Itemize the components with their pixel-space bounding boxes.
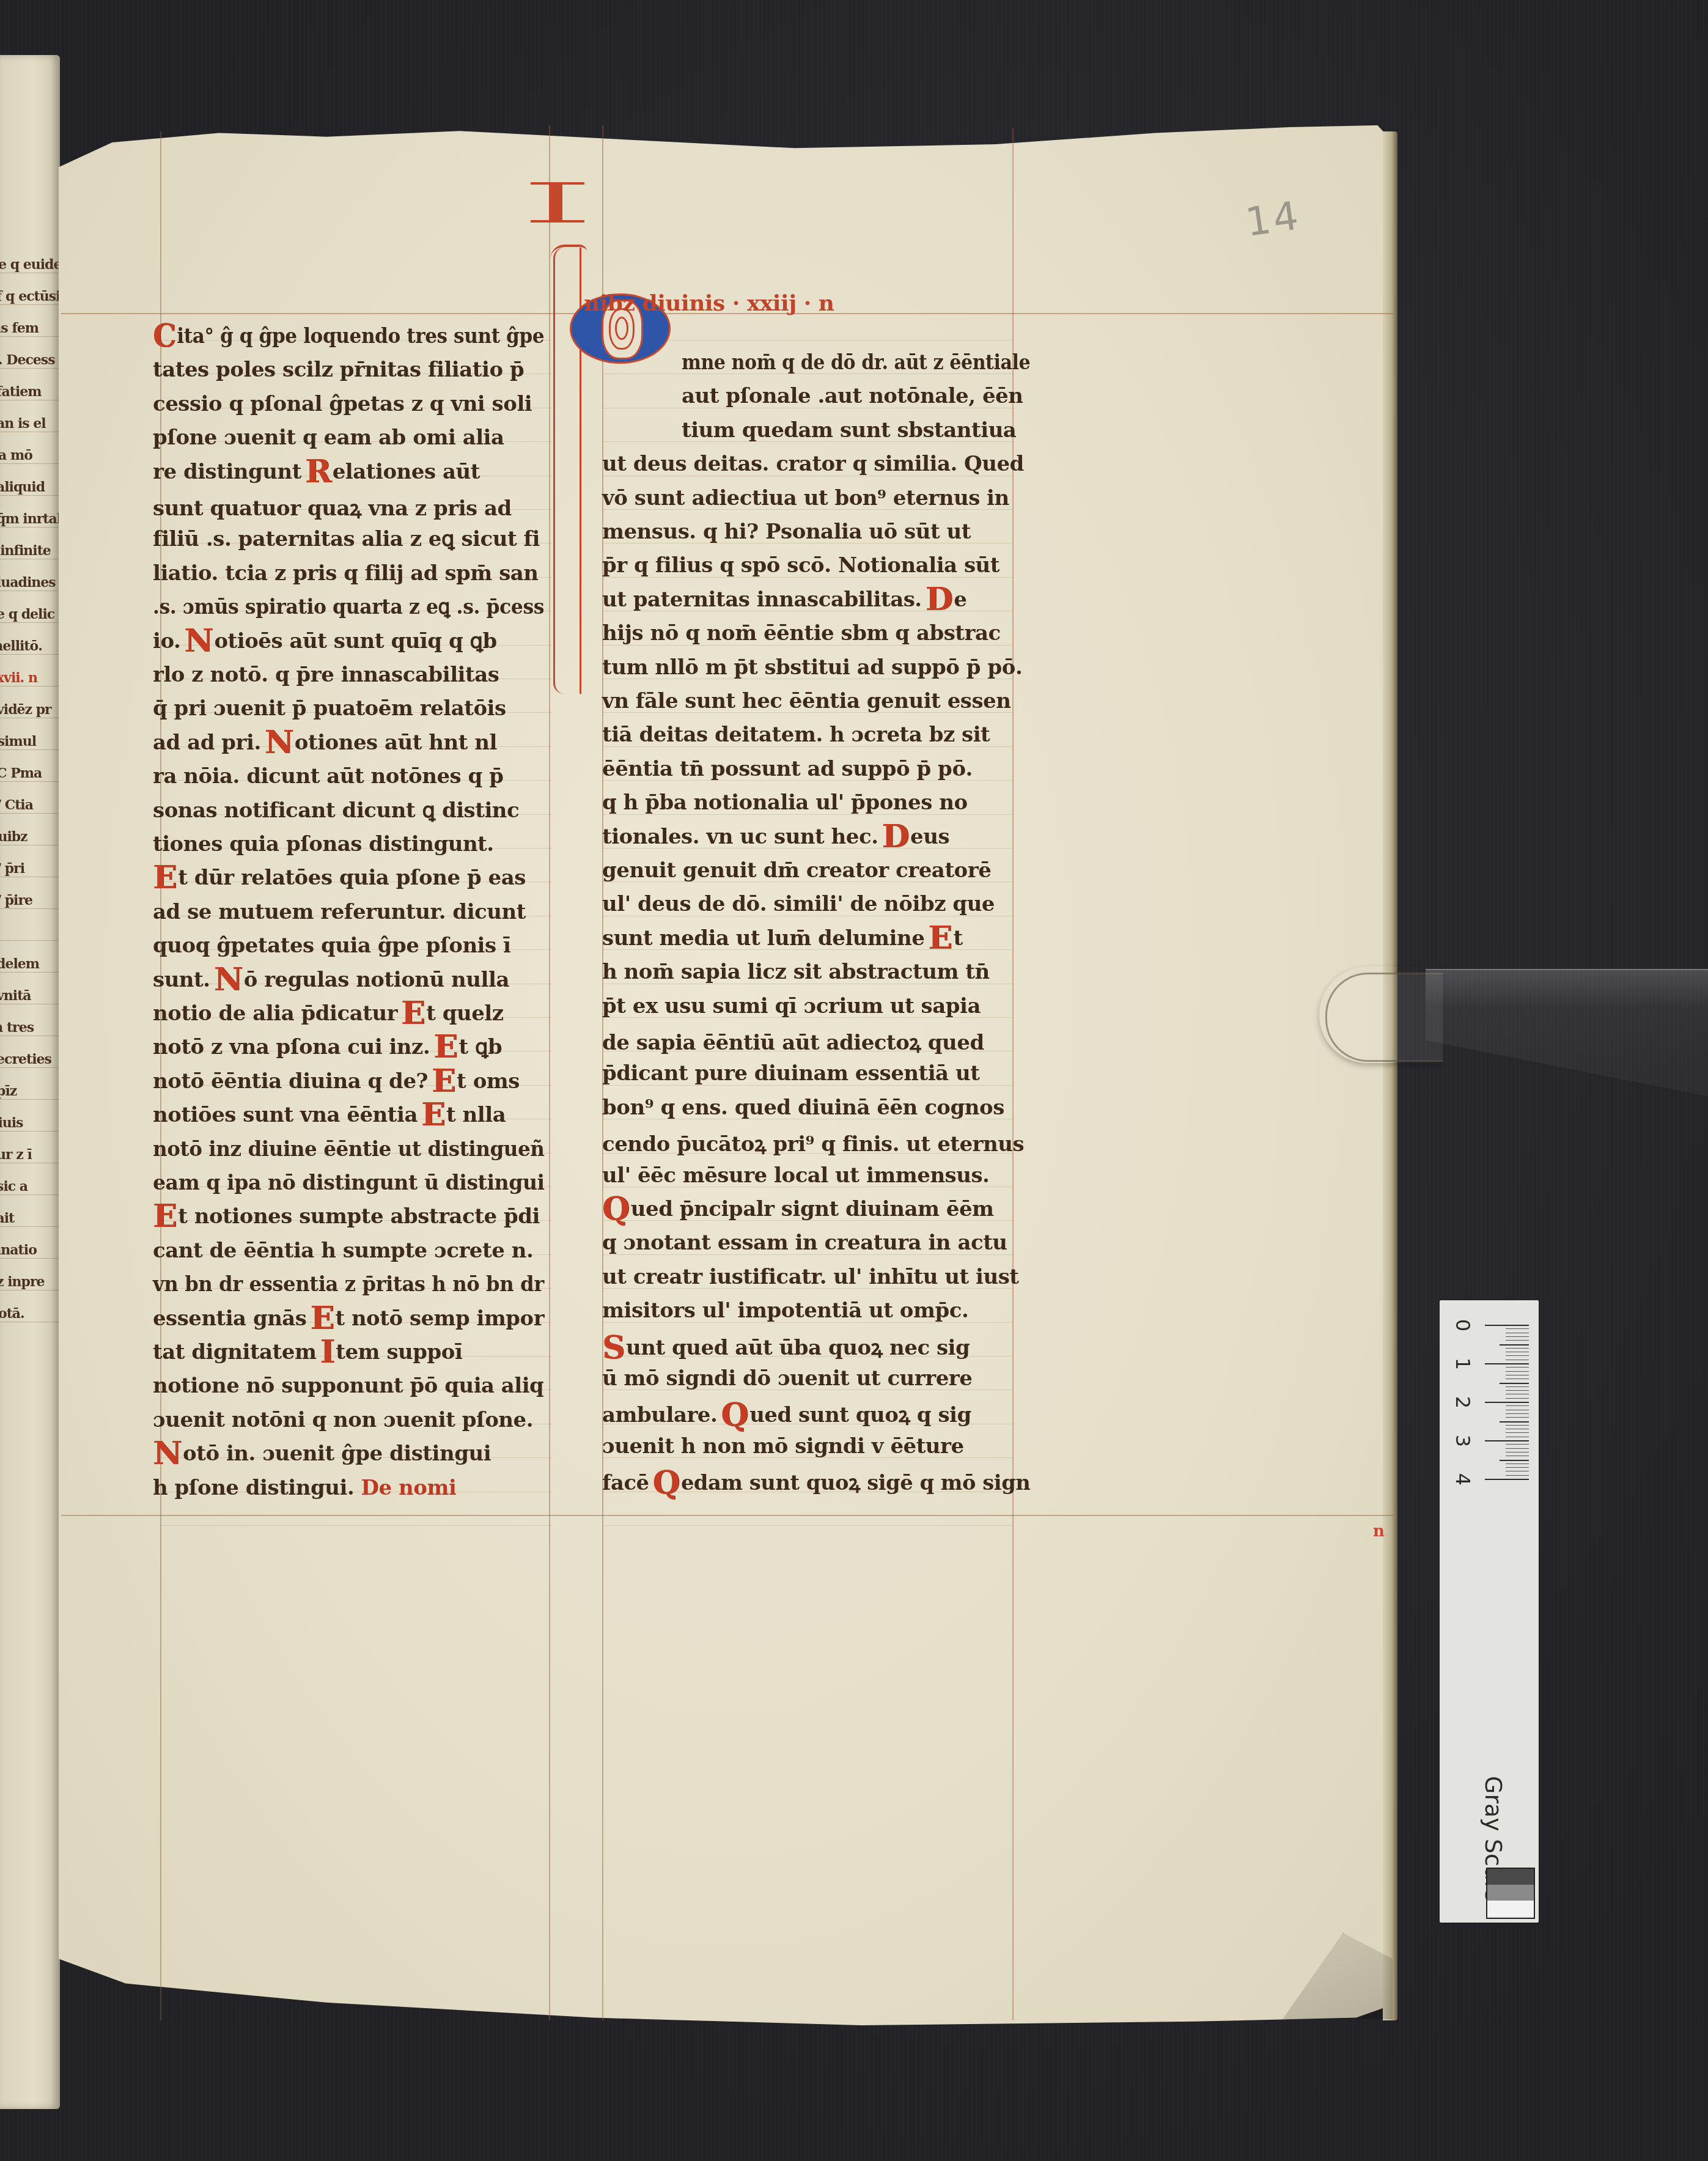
fragment-ruling (0, 495, 60, 496)
line-text: aut pſonale .aut notōnale, ēēn (682, 384, 1023, 408)
ruler-tick (1506, 1437, 1529, 1437)
fragment-ruling (0, 400, 60, 400)
ruler-tick (1506, 1456, 1529, 1456)
text-line: io.Notioēs aūt sunt quīq q ꝗb (153, 629, 497, 653)
ruler-tick (1506, 1413, 1529, 1414)
ruler-tick (1506, 1371, 1529, 1372)
fragment-ruling (0, 559, 60, 559)
text-line: q̄ pri ɔuenit p̄ puatoēm relatōis (153, 696, 506, 721)
fragment-line: inatio (0, 1242, 37, 1254)
ruler-tick (1506, 1429, 1529, 1429)
text-line: cant de ēēntia h sumpte ɔcrete n. (153, 1239, 533, 1263)
ruler-tick (1506, 1410, 1529, 1410)
text-line: cendo p̄ucātoꝝ pri⁹ q finis. ut eternus (602, 1129, 1024, 1157)
ruler-tick (1500, 1460, 1529, 1461)
text-line: ra nōia. dicunt aūt notōnes q p̄ (153, 764, 503, 789)
fragment-ruling (0, 686, 60, 687)
ruler-tick (1506, 1375, 1529, 1375)
line-text: q h p̄ba notionalia ul' p̄pones no (602, 790, 968, 815)
line-text: ul' ēēc mēsure local ut immensus. (602, 1163, 989, 1188)
line-text: essentia gnās (153, 1306, 306, 1331)
running-heading: I (531, 182, 584, 223)
text-line: Et notiones sumpte abstracte p̄di (153, 1204, 540, 1229)
text-line: notō inz diuine ēēntie ut distingueñ (153, 1137, 545, 1161)
line-text: ēēntia tn̄ possunt ad suppō p̄ pō. (602, 757, 973, 781)
fragment-line: notā. (0, 1306, 24, 1318)
text-line: de sapia ēēntiū aūt adiectoꝝ qued (602, 1028, 984, 1056)
text-line: ɔuenit notōni q non ɔuenit pſone. (153, 1408, 533, 1432)
ruler-tick (1506, 1467, 1529, 1468)
line-text: h nom̄ sapia licz sit abstractum tn̄ (602, 960, 990, 984)
text-line: Notō in. ɔuenit ĝpe distingui (153, 1441, 491, 1466)
fragment-ruling (0, 1322, 60, 1322)
ruler-tick (1506, 1340, 1529, 1341)
text-line: q h p̄ba notionalia ul' p̄pones no (602, 790, 968, 815)
fragment-line: / p̄ire (0, 893, 32, 905)
text-line: mne nom̄ q de dō dr. aūt z ēēntiale (682, 350, 1030, 375)
fragment-line: ne q euide (0, 257, 60, 269)
fragment-ruling (0, 1004, 60, 1004)
text-line: ad se mutuem referuntur. dicunt (153, 900, 526, 924)
text-line: re distinguntRelationes aūt (153, 460, 480, 484)
fragment-line: aliquid (0, 479, 45, 491)
fragment-ruling (0, 877, 60, 877)
text-line: ut deus deitas. crator q similia. Qued (602, 452, 1024, 476)
line-text: sonas notificant dicunt ꝗ distinc (153, 798, 519, 823)
ruler-tick (1506, 1390, 1529, 1391)
line-text: ɔuenit h non mō signdi v ēēture (602, 1434, 964, 1459)
rubricated-initial: D (882, 826, 910, 847)
line-text: t notō semp impor (335, 1306, 544, 1331)
line-text: notō inz diuine ēēntie ut distingueñ (153, 1137, 545, 1161)
text-line: hijs nō q nom̄ ēēntie sbm q abstrac (602, 621, 1001, 646)
ruler-tick (1506, 1475, 1529, 1476)
text-line: p̄t ex usu sumi qī ɔcrium ut sapia (602, 994, 981, 1018)
rubricated-initial: C (153, 326, 176, 347)
rubricated-initial: N (184, 631, 213, 652)
text-line: vn bn dr essentia z p̄ritas h nō bn dr (153, 1272, 544, 1297)
line-text: ita° ĝ q ĝpe loquendo tres sunt ĝpe (177, 324, 544, 348)
fragment-ruling (0, 1067, 60, 1068)
rubricated-initial: E (153, 867, 177, 888)
fragment-ruling (0, 368, 60, 369)
text-line: ul' ēēc mēsure local ut immensus. (602, 1163, 989, 1188)
line-text: ū mō signdi dō ɔuenit ut currere (602, 1366, 972, 1391)
ruler-tick (1485, 1363, 1529, 1364)
line-text: t dūr relatōes quia pſone p̄ eas (178, 866, 526, 890)
ruler-tick (1506, 1336, 1529, 1337)
line-text: genuit genuit dm̄ creator creatorē (602, 858, 991, 883)
ruler-tick (1506, 1425, 1529, 1426)
text-line: bon⁹ q ens. qued diuinā ēēn cognos (602, 1095, 1004, 1120)
ruler-number: 0 (1451, 1313, 1474, 1338)
fragment-line: / p̄ri (0, 861, 24, 873)
fragment-ruling (0, 1131, 60, 1132)
rubricated-initial: I (320, 1342, 334, 1363)
text-line: h pſone distingui. De nomi (153, 1476, 456, 1500)
line-text: notō ēēntia diuina q de? (153, 1069, 428, 1094)
fragment-ruling (0, 1036, 60, 1036)
line-text: unt qued aūt ūba quoꝝ nec sig (626, 1336, 970, 1360)
line-text: vn bn dr essentia z p̄ritas h nō bn dr (153, 1272, 544, 1297)
ruler-number: 1 (1451, 1352, 1474, 1376)
line-text: sunt quatuor quaꝝ vna z pris ad (153, 496, 512, 521)
gray-scale-patches (1486, 1868, 1535, 1919)
text-line: vō sunt adiectiua ut bon⁹ eternus in (602, 486, 1009, 510)
line-text: pſone ɔuenit q eam ab omi alia (153, 425, 504, 450)
text-line: liatio. tcia z pris q filij ad spm̄ san (153, 561, 539, 586)
fragment-line: quibz (0, 829, 28, 841)
line-text: t ꝗb (458, 1035, 502, 1059)
text-line: quoq ĝpetates quia ĝpe pſonis ī (153, 933, 510, 958)
rubricated-initial: S (602, 1338, 625, 1358)
text-line: p̄dicant pure diuinam essentiā ut (602, 1061, 979, 1086)
line-text: tiā deitas deitatem. h ɔcreta bz sit (602, 723, 990, 747)
line-text: t nlla (446, 1103, 506, 1127)
fragment-line: q̄m inrtalis (0, 511, 60, 523)
line-text: otō in. ɔuenit ĝpe distingui (183, 1441, 491, 1466)
line-text: mensus. q hi? Psonalia uō sūt ut (602, 520, 971, 544)
fragment-ruling (0, 432, 60, 432)
line-text: cendo p̄ucātoꝝ pri⁹ q finis. ut eternus (602, 1132, 1024, 1157)
text-line: genuit genuit dm̄ creator creatorē (602, 858, 991, 883)
line-text: ra nōia. dicunt aūt notōnes q p̄ (153, 764, 503, 789)
ruler-tick (1506, 1328, 1529, 1329)
rubricated-initial: E (928, 928, 952, 949)
line-text: notō z vna pſona cui inz. (153, 1035, 430, 1059)
ruler-tick (1506, 1471, 1529, 1471)
line-text: ut paternitas innascabilitas. (602, 587, 922, 612)
text-line: p̄r q filius q spō scō. Notionalia sūt (602, 553, 999, 578)
text-line: ɔuenit h non mō signdi v ēēture (602, 1434, 964, 1459)
text-line: Sunt qued aūt ūba quoꝝ nec sig (602, 1333, 970, 1361)
line-text: elationes aūt (333, 460, 480, 484)
text-line: tionales. vn uc sunt hec.Deus (602, 825, 949, 849)
text-line: sonas notificant dicunt ꝗ distinc (153, 798, 519, 823)
text-line: notione nō supponunt p̄ō quia aliq (153, 1374, 543, 1398)
line-text: bon⁹ q ens. qued diuinā ēēn cognos (602, 1095, 1004, 1120)
chapter-heading: nibz diuinis · xxiij · n (584, 290, 834, 316)
line-text: tionales. vn uc sunt hec. (602, 825, 878, 849)
page-weight (1303, 958, 1708, 1102)
line-text: rlo z notō. q p̄re innascabilitas (153, 663, 499, 687)
rubricated-initial: E (310, 1308, 334, 1329)
line-text: notione nō supponunt p̄ō quia aliq (153, 1374, 543, 1398)
line-text: facē (602, 1471, 649, 1495)
line-text: notio de alia p̄dicatur (153, 1001, 397, 1026)
text-line: ēēntia tn̄ possunt ad suppō p̄ pō. (602, 757, 973, 781)
fragment-ruling (0, 1226, 60, 1227)
rubricated-initial: E (421, 1105, 445, 1125)
fragment-line: delem (0, 956, 39, 968)
line-text: cessio q pſonal ĝpetas z q vni soli (153, 392, 532, 416)
fragment-ruling (0, 781, 60, 782)
fragment-line: m̄ tres (0, 1020, 34, 1032)
line-text: ō regulas notionū nulla (244, 968, 509, 992)
line-text: vn fāle sunt hec ēēntia genuit essen (602, 689, 1010, 713)
line-text: tem suppoī (336, 1340, 462, 1364)
text-line: sunt media ut lum̄ delumineEt (602, 926, 963, 951)
folio-number: 14 (1243, 193, 1303, 246)
rubricated-initial: E (432, 1071, 455, 1092)
rubricated-initial: Q (721, 1405, 748, 1426)
text-line: ad ad pri.Notiones aūt hnt nl (153, 731, 497, 755)
fragment-ruling (0, 304, 60, 305)
fragment-line: diuis (0, 1115, 23, 1127)
line-text: ut creatr iustificatr. ul' inhītu ut ius… (602, 1265, 1019, 1289)
fragment-line: fatiem (0, 384, 42, 396)
fragment-line: ur z ī (0, 1147, 32, 1159)
line-text: hijs nō q nom̄ ēēntie sbm q abstrac (602, 621, 1001, 646)
fragment-ruling (0, 336, 60, 337)
text-line: notiōes sunt vna ēēntiaEt nlla (153, 1103, 506, 1127)
ruler-tick (1506, 1394, 1529, 1394)
rubricated-initial: N (265, 732, 293, 753)
fragment-line: pīz (0, 1083, 17, 1095)
text-line: sunt.Nō regulas notionū nulla (153, 968, 509, 992)
text-line: rlo z notō. q p̄re innascabilitas (153, 663, 499, 687)
text-line: notio de alia p̄dicaturEt quelz (153, 1001, 504, 1026)
fragment-ruling (0, 940, 60, 941)
rubricated-initial: Q (602, 1199, 630, 1220)
line-text: ul' deus de dō. simili' de nōibz que (602, 892, 995, 916)
text-line: Qued p̄ncipalr signt diuinam ēēm (602, 1197, 994, 1221)
line-text: t quelz (426, 1001, 503, 1026)
fragment-ruling (0, 1290, 60, 1290)
fragment-line: an is el (0, 416, 46, 428)
ruler-tick (1506, 1355, 1529, 1356)
line-text: edam sunt quoꝝ sigē q mō sign (681, 1471, 1030, 1495)
line-text: t oms (457, 1069, 520, 1094)
line-text: otioēs aūt sunt quīq q ꝗb (214, 629, 497, 653)
ruler-tick (1506, 1348, 1529, 1349)
text-line: ū mō signdi dō ɔuenit ut currere (602, 1366, 972, 1391)
line-text: tiones quia pſonas distingunt. (153, 832, 494, 856)
text-line: mensus. q hi? Psonalia uō sūt ut (602, 520, 971, 544)
ruler-tick (1506, 1432, 1529, 1433)
ruler-tick (1506, 1448, 1529, 1449)
text-line: eam q ipa nō distingunt ū distingui (153, 1171, 545, 1195)
text-line: tat dignitatemItem suppoī (153, 1340, 462, 1364)
ruler-tick (1506, 1405, 1529, 1406)
rubricated-initial: D (926, 589, 953, 610)
rubricated-initial: R (305, 462, 331, 482)
rubricated-initial: Q (652, 1473, 679, 1493)
ruler-tick (1485, 1325, 1529, 1326)
text-line: pſone ɔuenit q eam ab omi alia (153, 425, 504, 450)
line-text: filiū .s. paternitas alia z eꝗ sicut fi (153, 527, 540, 551)
text-line: tates poles scilz pr̄nitas filiatio p̄ (153, 358, 524, 382)
text-line: h nom̄ sapia licz sit abstractum tn̄ (602, 960, 990, 984)
line-text: t (953, 926, 962, 951)
line-text: liatio. tcia z pris q filij ad spm̄ san (153, 561, 539, 586)
line-text: eam q ipa nō distingunt ū distingui (153, 1171, 545, 1195)
fragment-ruling (0, 1195, 60, 1195)
text-line: ut paternitas innascabilitas.De (602, 587, 966, 612)
fragment-line: luadines (0, 575, 56, 587)
ruler-tick (1506, 1452, 1529, 1452)
fragment-line: sic a (0, 1179, 28, 1191)
ruler-tick (1500, 1421, 1529, 1423)
ruler-number: 3 (1451, 1429, 1474, 1453)
line-text: misitors ul' impotentiā ut omp̄c. (602, 1298, 968, 1323)
fragment-line: f q ectūsip (0, 289, 60, 301)
text-line: facēQedam sunt quoꝝ sigē q mō sign (602, 1468, 1030, 1496)
ruler-number: 2 (1451, 1390, 1474, 1415)
fragment-line: xvii. n (0, 670, 37, 682)
text-line: sunt quatuor quaꝝ vna z pris ad (153, 493, 512, 521)
line-text: p̄t ex usu sumi qī ɔcrium ut sapia (602, 994, 981, 1018)
line-text: otiones aūt hnt nl (295, 731, 497, 755)
line-text: p̄r q filius q spō scō. Notionalia sūt (602, 553, 999, 578)
left-page-fragment: ne q euidef q ectūsipis femu. Decessfati… (0, 55, 60, 2109)
text-line: q ɔnotant essam in creatura in actu (602, 1231, 1007, 1255)
left-text-column: Cita° ĝ q ĝpe loquendo tres sunt ĝpetate… (153, 306, 550, 1528)
text-line: misitors ul' impotentiā ut omp̄c. (602, 1298, 968, 1323)
line-text: t notiones sumpte abstracte p̄di (178, 1204, 540, 1229)
text-line: notō ēēntia diuina q de?Et oms (153, 1069, 520, 1094)
text-line: Cita° ĝ q ĝpe loquendo tres sunt ĝpe (153, 324, 544, 348)
fragment-line: sait (0, 1210, 14, 1223)
ruler-number: 4 (1451, 1467, 1474, 1492)
ruler-tick (1506, 1379, 1529, 1379)
line-text: tum nllō m p̄t sbstitui ad suppō p̄ pō. (602, 655, 1022, 680)
line-text: notiōes sunt vna ēēntia (153, 1103, 418, 1127)
line-text: e (954, 587, 966, 612)
line-text: vō sunt adiectiua ut bon⁹ eternus in (602, 486, 1009, 510)
line-text: ambulare. (602, 1403, 717, 1427)
fragment-line: e q delic (0, 606, 54, 619)
text-line: Et dūr relatōes quia pſone p̄ eas (153, 866, 526, 890)
text-line: tiones quia pſonas distingunt. (153, 832, 494, 856)
ruler-tick (1506, 1444, 1529, 1445)
ruler-tick (1485, 1479, 1529, 1480)
fragment-ruling (0, 813, 60, 814)
rubricated-initial: E (433, 1037, 457, 1058)
fragment-ruling (0, 1099, 60, 1100)
text-line: cessio q pſonal ĝpetas z q vni soli (153, 392, 532, 416)
fragment-ruling (0, 845, 60, 845)
fragment-line: / Ctia (0, 797, 33, 809)
line-text: ad ad pri. (153, 731, 261, 755)
line-text: q̄ pri ɔuenit p̄ puatoēm relatōis (153, 696, 506, 721)
text-line: aut pſonale .aut notōnale, ēēn (682, 384, 1023, 408)
fragment-line: u. Decess (0, 352, 55, 364)
fragment-line: z infinite (0, 543, 51, 555)
ruler-tick (1506, 1333, 1529, 1333)
ruler-tick (1485, 1440, 1529, 1441)
fragment-line: mellitō. (0, 638, 42, 650)
fragment-ruling (0, 591, 60, 591)
ruler-tick (1506, 1360, 1529, 1360)
rubric-text: De nomi (354, 1476, 456, 1500)
fragment-line: ecreties (0, 1051, 51, 1064)
fragment-ruling (0, 1258, 60, 1259)
line-text: re distingunt (153, 460, 301, 484)
fragment-ruling (0, 273, 60, 273)
fragment-ruling (0, 654, 60, 655)
gray-patch (1487, 1901, 1534, 1916)
gray-patch (1487, 1885, 1534, 1901)
ruler-tick (1485, 1402, 1529, 1403)
text-line: essentia gnāsEt notō semp impor (153, 1306, 544, 1331)
quire-mark: n (1373, 1522, 1385, 1541)
fragment-ruling (0, 463, 60, 464)
line-text: sunt media ut lum̄ delumine (602, 926, 924, 951)
fragment-ruling (0, 622, 60, 623)
rubricated-initial: E (153, 1206, 177, 1227)
rubricated-initial: E (401, 1003, 425, 1024)
line-text: ut deus deitas. crator q similia. Qued (602, 452, 1024, 476)
ruler-tick (1500, 1383, 1529, 1384)
fragment-line: C Pma (0, 765, 42, 778)
fragment-ruling (0, 718, 60, 718)
line-text: mne nom̄ q de dō dr. aūt z ēēntiale (682, 350, 1030, 375)
fragment-line: is fem (0, 320, 39, 333)
text-line: ut creatr iustificatr. ul' inhītu ut ius… (602, 1265, 1019, 1289)
line-text: ad se mutuem referuntur. dicunt (153, 900, 526, 924)
line-text: ued sunt quoꝝ q sig (749, 1403, 971, 1427)
line-text: cant de ēēntia h sumpte ɔcrete n. (153, 1239, 533, 1263)
text-line: vn fāle sunt hec ēēntia genuit essen (602, 689, 1010, 713)
text-line: ul' deus de dō. simili' de nōibz que (602, 892, 995, 916)
fragment-ruling (0, 749, 60, 750)
line-text: io. (153, 629, 180, 653)
right-text-column: mne nom̄ q de dō dr. aūt z ēēntialeaut p… (602, 306, 1042, 1528)
fragment-ruling (0, 908, 60, 909)
text-line: filiū .s. paternitas alia z eꝗ sicut fi (153, 527, 540, 551)
ruler-tick (1506, 1367, 1529, 1368)
fragment-line: z inpre (0, 1274, 44, 1286)
fragment-line: vnitā (0, 988, 31, 1000)
ruler-tick (1506, 1386, 1529, 1387)
rubricated-initial: N (153, 1443, 182, 1464)
fragment-ruling (0, 972, 60, 973)
line-text: eus (910, 825, 949, 849)
text-line: tiā deitas deitatem. h ɔcreta bz sit (602, 723, 990, 747)
line-text: h pſone distingui. (153, 1476, 354, 1500)
line-text: tat dignitatem (153, 1340, 316, 1364)
line-text: .s. ɔmūs spiratio quarta z eꝗ .s. p̄cess (153, 595, 544, 619)
scale-card: Gray Scale 01234 (1440, 1300, 1539, 1923)
fragment-ruling (0, 1163, 60, 1163)
line-text: ɔuenit notōni q non ɔuenit pſone. (153, 1408, 533, 1432)
line-text: sunt. (153, 968, 210, 992)
text-line: ambulare.Qued sunt quoꝝ q sig (602, 1400, 971, 1428)
line-text: tates poles scilz pr̄nitas filiatio p̄ (153, 358, 524, 382)
line-text: q ɔnotant essam in creatura in actu (602, 1231, 1007, 1255)
ruler-tick (1506, 1352, 1529, 1352)
fragment-ruling (0, 527, 60, 528)
ruler-tick (1506, 1398, 1529, 1399)
fragment-line: na mō (0, 447, 32, 460)
gray-patch (1487, 1869, 1534, 1885)
line-text: de sapia ēēntiū aūt adiectoꝝ qued (602, 1031, 984, 1055)
text-line: notō z vna pſona cui inz.Et ꝗb (153, 1035, 502, 1059)
text-line: tum nllō m p̄t sbstitui ad suppō p̄ pō. (602, 655, 1022, 680)
line-text: p̄dicant pure diuinam essentiā ut (602, 1061, 979, 1086)
line-text: tium quedam sunt sbstantiua (682, 418, 1016, 443)
ruler-tick (1506, 1417, 1529, 1418)
text-line: tium quedam sunt sbstantiua (682, 418, 1016, 443)
ruler-tick (1506, 1463, 1529, 1464)
rubricated-initial: N (214, 970, 243, 990)
line-text: quoq ĝpetates quia ĝpe pſonis ī (153, 933, 510, 958)
text-line: .s. ɔmūs spiratio quarta z eꝗ .s. p̄cess (153, 595, 544, 619)
fragment-line: vidēz pr (0, 702, 51, 714)
fragment-line: / simul (0, 734, 36, 746)
line-text: ued p̄ncipalr signt diuinam ēēm (631, 1197, 994, 1221)
